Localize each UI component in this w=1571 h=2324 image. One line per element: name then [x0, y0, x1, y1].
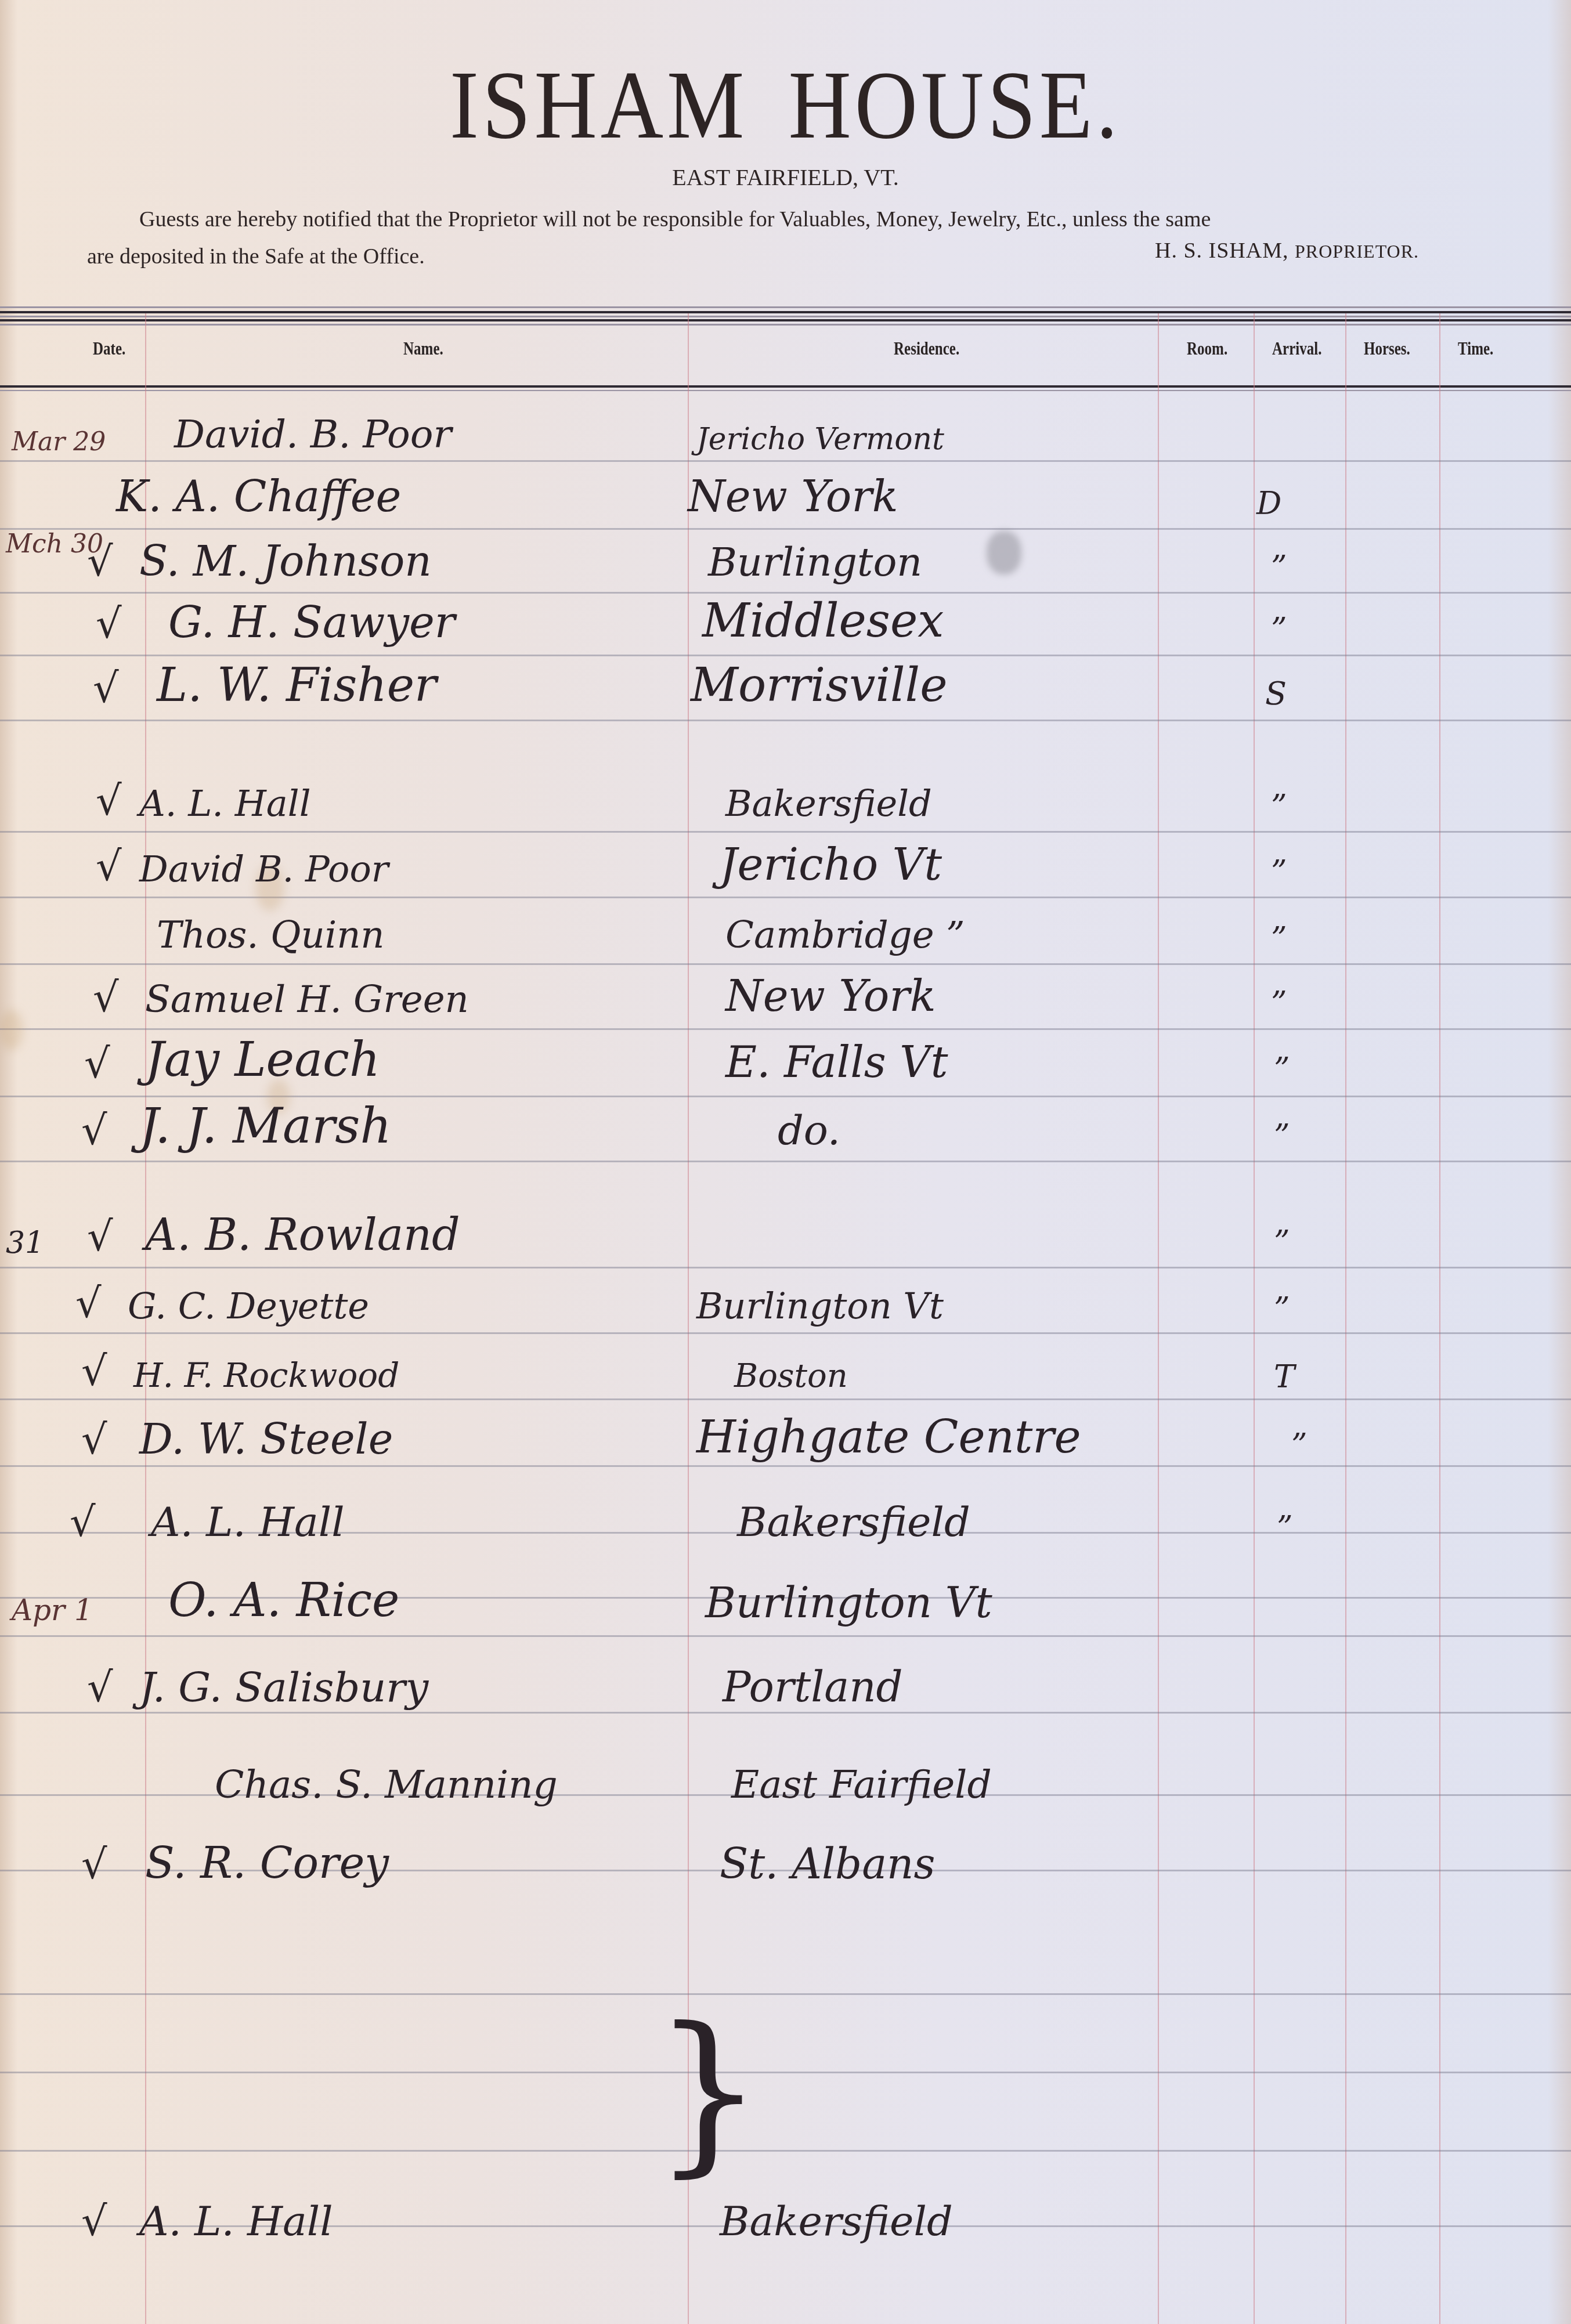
- entry-name: O. A. Rice: [168, 1573, 399, 1627]
- register-entry: K. A. Chaffee New York D: [0, 461, 1571, 530]
- row-rule: [0, 2150, 1571, 2152]
- entry-residence: Morrisville: [691, 658, 948, 712]
- entry-name: G. H. Sawyer: [168, 598, 455, 648]
- row-rule: [0, 2072, 1571, 2073]
- entry-arrival: ”: [1274, 1051, 1290, 1087]
- entry-name: H. F. Rockwood: [133, 1356, 399, 1395]
- entry-residence: New York: [725, 971, 936, 1021]
- entry-name: D. W. Steele: [139, 1415, 393, 1463]
- register-entry: √ L. W. Fisher Morrisville S: [0, 652, 1571, 720]
- register-entry: √ S. R. Corey St. Albans: [0, 1828, 1571, 1896]
- entry-arrival: ”: [1271, 549, 1287, 585]
- notice-line-2: are deposited in the Safe at the Office.: [87, 244, 425, 269]
- entry-check-mark: √: [81, 1107, 107, 1154]
- entry-residence: East Fairfield: [731, 1762, 992, 1807]
- entry-check-mark: √: [96, 777, 122, 825]
- entry-name: Jay Leach: [145, 1032, 380, 1087]
- entry-check-mark: √: [75, 1280, 102, 1327]
- entry-residence: Boston: [734, 1357, 848, 1395]
- entry-check-mark: √: [87, 1213, 113, 1260]
- entry-residence: E. Falls Vt: [725, 1038, 948, 1087]
- proprietor-name: H. S. ISHAM,: [1155, 238, 1289, 263]
- register-entry: √ G. H. Sawyer Middlesex ”: [0, 587, 1571, 656]
- entry-name: David B. Poor: [139, 848, 388, 890]
- hotel-location: EAST FAIRFIELD, VT.: [0, 164, 1571, 191]
- row-rule: [0, 1635, 1571, 1637]
- column-header-residence: Residence.: [894, 339, 959, 360]
- entry-name: G. C. Deyette: [128, 1285, 369, 1327]
- title-word-2: HOUSE.: [788, 51, 1121, 159]
- entry-check-mark: √: [81, 1416, 107, 1463]
- entry-name: S. M. Johnson: [139, 537, 432, 585]
- entry-name: J. J. Marsh: [139, 1097, 392, 1154]
- entry-residence: Bakersfield: [725, 782, 932, 825]
- entry-residence: do.: [778, 1107, 840, 1154]
- entry-name: A. L. Hall: [151, 1498, 345, 1546]
- entry-residence: Middlesex: [702, 594, 944, 648]
- register-entry: Mch 30 √ S. M. Johnson Burlington ”: [0, 525, 1571, 594]
- register-entry: √ H. F. Rockwood Boston T: [0, 1335, 1571, 1403]
- entry-check-mark: √: [96, 600, 122, 648]
- entry-check-mark: √: [93, 664, 119, 712]
- row-rule: [0, 1993, 1571, 1995]
- entry-check-mark: √: [93, 974, 119, 1021]
- register-entry: √ G. C. Deyette Burlington Vt ”: [0, 1267, 1571, 1335]
- entry-arrival: ”: [1271, 985, 1287, 1021]
- register-entry: Chas. S. Manning East Fairfield: [0, 1747, 1571, 1815]
- entry-date: 31: [6, 1226, 44, 1260]
- entry-arrival: ”: [1271, 611, 1287, 648]
- register-entry: √ J. G. Salisbury Portland: [0, 1651, 1571, 1719]
- register-entry: √ Samuel H. Green New York ”: [0, 961, 1571, 1029]
- column-header-room: Room.: [1187, 339, 1227, 360]
- register-entry: √ J. J. Marsh do. ”: [0, 1094, 1571, 1162]
- entry-name: A. L. Hall: [139, 2198, 333, 2245]
- entry-name: Thos. Quinn: [157, 914, 385, 957]
- entry-check-mark: √: [84, 1040, 110, 1087]
- entry-name: A. B. Rowland: [145, 1209, 460, 1260]
- entry-date: Mar 29: [12, 427, 106, 457]
- entry-residence: Burlington: [708, 540, 922, 585]
- register-entry: √ Jay Leach E. Falls Vt ”: [0, 1027, 1571, 1096]
- entry-residence: Highgate Centre: [696, 1411, 1081, 1463]
- entry-check-mark: √: [87, 538, 113, 585]
- register-entry: √ A. L. Hall Bakersfield ”: [0, 764, 1571, 833]
- hotel-title: ISHAMHOUSE.: [0, 49, 1571, 161]
- entry-name: A. L. Hall: [139, 782, 310, 825]
- entry-arrival: ”: [1271, 854, 1287, 890]
- register-entry: √ A. L. Hall Bakersfield ”: [0, 1486, 1571, 1554]
- header-rule-top-1: [0, 311, 1571, 313]
- register-entry: √ A. L. Hall Bakersfield: [0, 2185, 1571, 2253]
- entry-date: Apr 1: [12, 1593, 93, 1627]
- title-word-1: ISHAM: [450, 51, 747, 159]
- proprietor-title: PROPRIETOR.: [1295, 241, 1419, 262]
- entry-name: Samuel H. Green: [145, 978, 469, 1021]
- proprietor-signature: H. S. ISHAM, PROPRIETOR.: [1155, 238, 1419, 263]
- header-rule-top-light-2: [0, 316, 1571, 317]
- header-rule-top-2: [0, 319, 1571, 321]
- entry-check-mark: √: [81, 1347, 107, 1395]
- column-header-arrival: Arrival.: [1272, 339, 1321, 360]
- entry-check-mark: √: [81, 2198, 107, 2245]
- register-entry: √ D. W. Steele Highgate Centre ”: [0, 1403, 1571, 1472]
- entry-name: K. A. Chaffee: [116, 472, 401, 522]
- entry-check-mark: √: [87, 1664, 113, 1711]
- header-rule-bottom: [0, 385, 1571, 388]
- bracket-brace: }: [653, 1996, 688, 2188]
- entry-arrival: ”: [1277, 1509, 1293, 1546]
- register-entry: Apr 1 O. A. Rice Burlington Vt: [0, 1567, 1571, 1635]
- entry-arrival: S: [1265, 675, 1287, 712]
- column-header-time: Time.: [1458, 339, 1493, 360]
- entry-check-mark: √: [70, 1498, 96, 1546]
- entry-residence: Bakersfield: [720, 2198, 953, 2245]
- entry-arrival: ”: [1271, 788, 1287, 825]
- entry-arrival: ”: [1274, 1291, 1290, 1327]
- header-rule-top-light: [0, 306, 1571, 308]
- entry-name: L. W. Fisher: [157, 658, 436, 712]
- entry-arrival: ”: [1271, 920, 1287, 957]
- entry-arrival: D: [1256, 485, 1281, 522]
- entry-check-mark: √: [96, 843, 122, 890]
- entry-residence: Bakersfield: [737, 1498, 970, 1546]
- entry-residence: Burlington Vt: [705, 1578, 992, 1627]
- entry-residence: Portland: [723, 1662, 903, 1711]
- column-header-horses: Horses.: [1364, 339, 1410, 360]
- register-entry: Mar 29 David. B. Poor Jericho Vermont: [0, 396, 1571, 465]
- entry-residence: St. Albans: [720, 1839, 935, 1888]
- entry-arrival: ”: [1274, 1224, 1290, 1260]
- notice-line-1: Guests are hereby notified that the Prop…: [139, 206, 1521, 233]
- header-rule-bottom-light: [0, 390, 1571, 391]
- entry-residence: Jericho Vermont: [696, 422, 944, 457]
- register-entry: Thos. Quinn Cambridge ” ”: [0, 897, 1571, 965]
- entry-arrival: ”: [1291, 1427, 1308, 1463]
- entry-residence: New York: [688, 472, 898, 522]
- register-entry: 31 √ A. B. Rowland ”: [0, 1200, 1571, 1268]
- entry-residence: Cambridge ”: [725, 914, 965, 957]
- column-header-date: Date.: [93, 339, 125, 360]
- entry-residence: Burlington Vt: [696, 1285, 944, 1327]
- entry-name: S. R. Corey: [145, 1838, 389, 1888]
- entry-name: David. B. Poor: [174, 412, 452, 457]
- entry-check-mark: √: [81, 1841, 107, 1888]
- entry-arrival: T: [1274, 1358, 1295, 1395]
- entry-residence: Jericho Vt: [720, 838, 942, 890]
- entry-name: Chas. S. Manning: [215, 1762, 558, 1807]
- entry-arrival: ”: [1274, 1118, 1290, 1154]
- column-header-name: Name.: [403, 339, 443, 360]
- header-rule-top-light-3: [0, 324, 1571, 326]
- entry-name: J. G. Salisbury: [139, 1664, 428, 1711]
- register-entry: √ David B. Poor Jericho Vt ”: [0, 830, 1571, 898]
